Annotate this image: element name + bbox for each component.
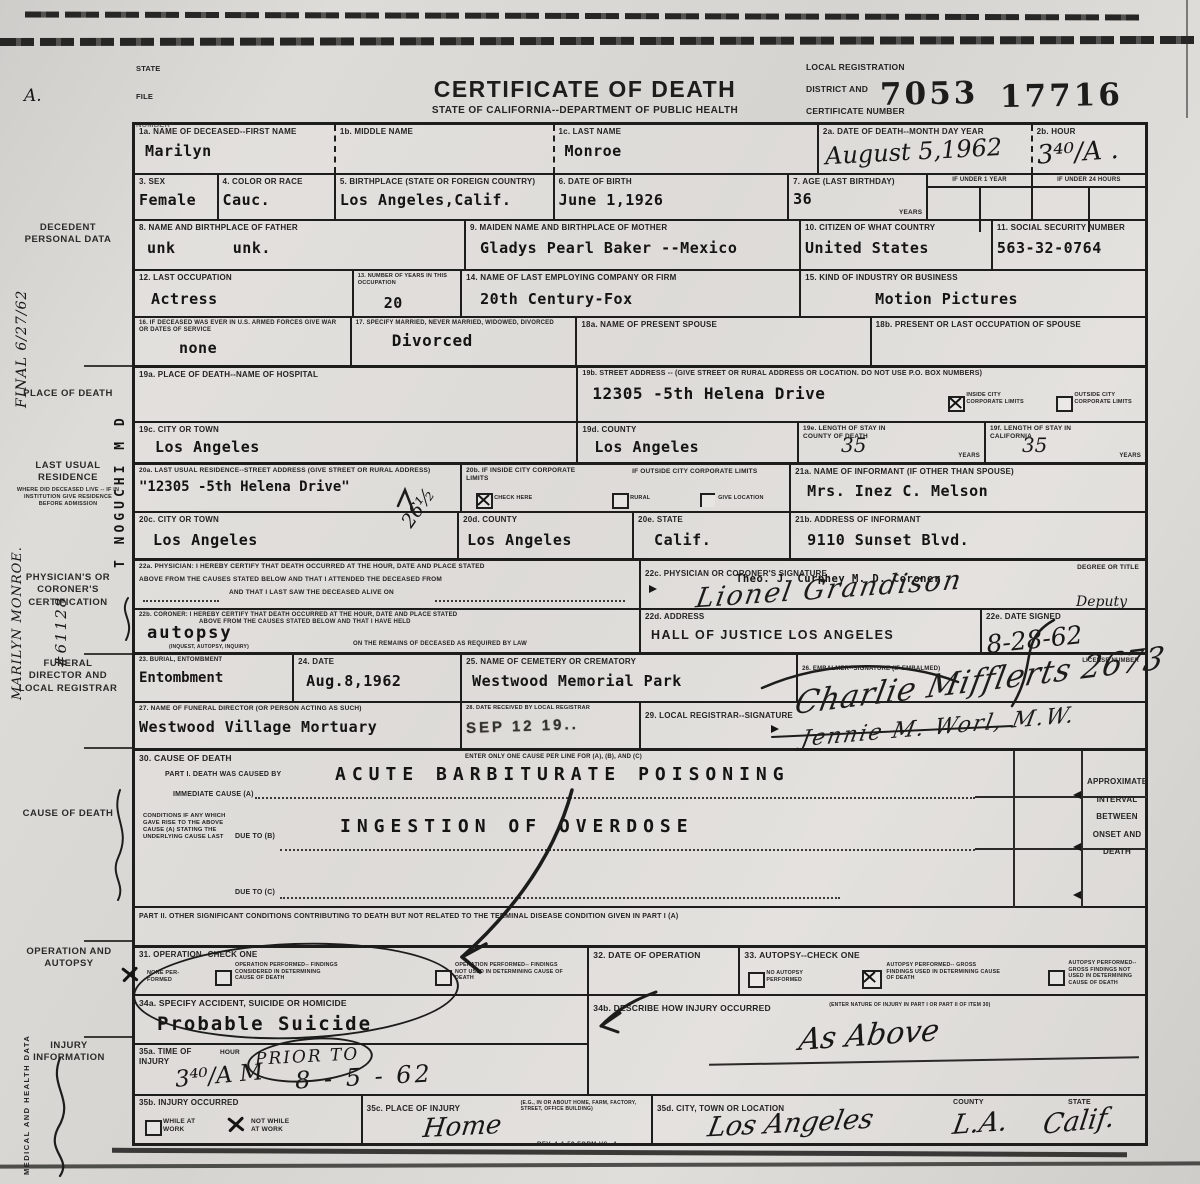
- state-file-label-1: STATE: [136, 64, 160, 73]
- under-24-hours-label: IF UNDER 24 HOURS: [1033, 175, 1145, 186]
- field-death-city: 19c. CITY OR TOWN Los Angeles: [135, 423, 578, 462]
- cause-b-line: [280, 849, 975, 851]
- physician-text-1: 22a. PHYSICIAN: I HEREBY CERTIFY THAT DE…: [139, 563, 635, 571]
- cause-a-value: ACUTE BARBITURATE POISONING: [335, 765, 790, 786]
- scan-streak-bottom-2: [0, 1161, 1200, 1168]
- age-value: 36: [793, 191, 922, 208]
- field-describe-injury: 34b. DESCRIBE HOW INJURY OCCURRED (ENTER…: [589, 996, 1145, 1094]
- row-part2: PART II. OTHER SIGNIFICANT CONDITIONS CO…: [135, 908, 1145, 948]
- district-number: 7053: [880, 75, 979, 113]
- years-occupation-label: 13. NUMBER OF YEARS IN THIS OCCUPATION: [358, 273, 456, 286]
- outside-city-caption: OUTSIDE CITY CORPORATE LIMITS: [1074, 392, 1136, 406]
- field-stay-county: 19e. LENGTH OF STAY IN COUNTY OF DEATH 3…: [799, 423, 986, 462]
- disposition-date-label: 24. DATE: [298, 657, 456, 667]
- inside-city-checkbox: [948, 396, 965, 412]
- residence-county-value: Los Angeles: [467, 532, 628, 549]
- last-name-label: 1c. LAST NAME: [559, 127, 813, 137]
- cause-column-divider-2: [1081, 751, 1083, 908]
- residence-inside-label: 20b. IF INSIDE CITY CORPORATE LIMITS: [466, 467, 586, 483]
- describe-underline: [709, 1056, 1139, 1066]
- field-operation-date: 32. DATE OF OPERATION: [589, 948, 740, 994]
- field-autopsy: 33. AUTOPSY--CHECK ONE NO AUTOPSY PERFOR…: [740, 948, 1145, 994]
- local-registration-label-1: LOCAL REGISTRATION: [806, 62, 905, 72]
- field-injury-place: 35c. PLACE OF INJURY (E.G., IN OR ABOUT …: [363, 1096, 653, 1143]
- field-age: 7. AGE (LAST BIRTHDAY) 36 YEARS: [789, 175, 928, 219]
- date-of-birth-label: 6. DATE OF BIRTH: [559, 177, 784, 187]
- row-coroner-cert: 22b. CORONER: I HEREBY CERTIFY THAT DEAT…: [135, 610, 1145, 655]
- date-received-label: 28. DATE RECEIVED BY LOCAL REGISTRAR: [466, 705, 635, 712]
- describe-note: (ENTER NATURE OF INJURY IN PART I OR PAR…: [829, 1002, 1129, 1008]
- death-city-value: Los Angeles: [155, 439, 572, 456]
- field-sex: 3. SEX Female: [135, 175, 219, 219]
- employer-label: 14. NAME OF LAST EMPLOYING COMPANY OR FI…: [466, 273, 795, 283]
- field-coroner-signature: 22c. PHYSICIAN OR CORONER'S SIGNATURE DE…: [641, 561, 1145, 608]
- death-county-label: 19d. COUNTY: [582, 425, 793, 435]
- cause-c-line: [280, 897, 840, 899]
- row-cause-of-death: 30. CAUSE OF DEATH ENTER ONLY ONE CAUSE …: [135, 751, 1145, 908]
- cause-b-value: INGESTION OF OVERDOSE: [340, 817, 694, 838]
- row-injury-place: 35b. INJURY OCCURRED WHILE AT WORK NOT W…: [135, 1096, 1145, 1143]
- field-father: 8. NAME AND BIRTHPLACE OF FATHER unk unk…: [135, 221, 466, 269]
- residence-rural-caption: RURAL: [630, 495, 650, 502]
- residence-outside-label: IF OUTSIDE CITY CORPORATE LIMITS: [632, 468, 782, 476]
- residence-check-here-caption: CHECK HERE: [494, 495, 532, 502]
- field-last-name: 1c. LAST NAME Monroe: [555, 125, 819, 173]
- injury-place-note: (E.G., IN OR ABOUT HOME, FARM, FACTORY, …: [521, 1100, 641, 1112]
- informant-address-label: 21b. ADDRESS OF INFORMANT: [795, 515, 1141, 525]
- years-occupation-value: 20: [384, 295, 456, 312]
- field-injury-occurred: 35b. INJURY OCCURRED WHILE AT WORK NOT W…: [135, 1096, 363, 1143]
- field-death-county: 19d. COUNTY Los Angeles: [578, 423, 799, 462]
- field-residence-city: 20c. CITY OR TOWN Los Angeles 26½: [135, 513, 459, 558]
- section-label-decedent: DECEDENT PERSONAL DATA: [16, 222, 120, 247]
- field-residence-state: 20e. STATE Calif.: [634, 513, 791, 558]
- residence-location-caption: GIVE LOCATION: [718, 495, 764, 502]
- field-years-occupation: 13. NUMBER OF YEARS IN THIS OCCUPATION 2…: [354, 271, 462, 316]
- disposition-date-value: Aug.8,1962: [306, 673, 456, 690]
- cause-of-death-area: 30. CAUSE OF DEATH ENTER ONLY ONE CAUSE …: [135, 751, 1145, 906]
- section-label-residence-title: LAST USUAL RESIDENCE: [35, 460, 100, 483]
- race-value: Cauc.: [223, 192, 330, 209]
- row-funeral-director: 27. NAME OF FUNERAL DIRECTOR (OR PERSON …: [135, 703, 1145, 751]
- deputy-note: Deputy: [1076, 594, 1127, 610]
- field-coroner-address: 22d. ADDRESS HALL OF JUSTICE LOS ANGELES: [641, 610, 982, 652]
- field-residence-limits: 20b. IF INSIDE CITY CORPORATE LIMITS IF …: [462, 465, 791, 511]
- pointer-icon: [771, 725, 779, 733]
- injury-occurred-label: 35b. INJURY OCCURRED: [139, 1098, 357, 1108]
- degree-label: DEGREE OR TITLE: [1077, 564, 1139, 572]
- hospital-label: 19a. PLACE OF DEATH--NAME OF HOSPITAL: [139, 370, 572, 380]
- father-value: unk unk.: [147, 240, 460, 257]
- section-label-residence-note: WHERE DID DECEASED LIVE -- IF IN INSTITU…: [16, 487, 120, 508]
- residence-city-value: Los Angeles: [153, 532, 453, 549]
- page-subtitle: STATE OF CALIFORNIA--DEPARTMENT OF PUBLI…: [390, 105, 780, 116]
- residence-location-checkbox: [700, 493, 715, 507]
- physician-certification: 22a. PHYSICIAN: I HEREBY CERTIFY THAT DE…: [135, 561, 641, 608]
- industry-value: Motion Pictures: [875, 291, 1141, 308]
- operation-not-used-caption: OPERATION PERFORMED-- FINDINGS NOT USED …: [455, 962, 565, 982]
- field-occupation: 12. LAST OCCUPATION Actress: [135, 271, 354, 316]
- date-of-death-value: August 5,1962: [824, 131, 1027, 170]
- first-name-label: 1a. NAME OF DECEASED--FIRST NAME: [139, 127, 330, 137]
- stay-county-value: 35: [841, 433, 866, 457]
- autopsy-not-used-caption: AUTOPSY PERFORMED-- GROSS FINDINGS NOT U…: [1068, 960, 1143, 986]
- cemetery-value: Westwood Memorial Park: [472, 673, 792, 690]
- margin-scribble: [125, 598, 129, 640]
- field-middle-name: 1b. MIDDLE NAME: [336, 125, 555, 173]
- section-label-injury: INJURY INFORMATION: [24, 1040, 114, 1065]
- page-title: CERTIFICATE OF DEATH: [400, 76, 770, 103]
- cemetery-label: 25. NAME OF CEMETERY OR CREMATORY: [466, 657, 792, 667]
- field-birthplace: 5. BIRTHPLACE (STATE OR FOREIGN COUNTRY)…: [336, 175, 555, 219]
- last-name-value: Monroe: [565, 143, 813, 160]
- interval-note: APPROXIMATE INTERVAL BETWEEN ONSET AND D…: [1087, 773, 1147, 861]
- field-cemetery: 25. NAME OF CEMETERY OR CREMATORY Westwo…: [462, 655, 798, 701]
- field-death-address: 19b. STREET ADDRESS -- (GIVE STREET OR R…: [578, 368, 1145, 421]
- death-address-value: 12305 -5th Helena Drive: [592, 385, 825, 403]
- row-personal: 3. SEX Female 4. COLOR OR RACE Cauc. 5. …: [135, 175, 1145, 221]
- father-label: 8. NAME AND BIRTHPLACE OF FATHER: [139, 223, 460, 233]
- section-label-operation: OPERATION AND AUTOPSY: [24, 946, 114, 971]
- field-under-1-year: IF UNDER 1 YEAR: [928, 175, 1032, 219]
- while-at-work-checkbox: [145, 1120, 162, 1136]
- injury-county-label: COUNTY: [953, 1099, 984, 1107]
- first-name-value: Marilyn: [145, 143, 330, 160]
- industry-label: 15. KIND OF INDUSTRY OR BUSINESS: [805, 273, 1141, 283]
- registrar-label: 29. LOCAL REGISTRAR--SIGNATURE: [645, 711, 793, 721]
- field-date-received: 28. DATE RECEIVED BY LOCAL REGISTRAR SEP…: [462, 703, 641, 748]
- field-race: 4. COLOR OR RACE Cauc.: [219, 175, 336, 219]
- no-autopsy-caption: NO AUTOPSY PERFORMED: [766, 970, 808, 983]
- section-label-cause: CAUSE OF DEATH: [16, 808, 120, 820]
- section-label-physicians: PHYSICIAN'S OR CORONER'S CERTIFICATION: [16, 572, 120, 609]
- field-under-24-hours: IF UNDER 24 HOURS: [1033, 175, 1145, 219]
- residence-state-value: Calif.: [654, 532, 785, 549]
- field-funeral-director: 27. NAME OF FUNERAL DIRECTOR (OR PERSON …: [135, 703, 462, 748]
- local-registration-label-2: DISTRICT AND: [806, 84, 868, 94]
- spouse-occupation-label: 18b. PRESENT OR LAST OCCUPATION OF SPOUS…: [876, 320, 1141, 330]
- cause-a-line: [255, 797, 975, 799]
- row-residence: 20a. LAST USUAL RESIDENCE--STREET ADDRES…: [135, 465, 1145, 513]
- section-label-place-of-death: PLACE OF DEATH: [16, 388, 120, 400]
- scan-streak-top-2: [0, 36, 1200, 46]
- not-while-at-work-caption: NOT WHILE AT WORK: [251, 1118, 295, 1134]
- field-hospital: 19a. PLACE OF DEATH--NAME OF HOSPITAL: [135, 368, 578, 421]
- marital-value: Divorced: [392, 332, 572, 350]
- interval-pointer-icon: [1073, 843, 1081, 851]
- state-file-label-2: FILE: [136, 92, 153, 101]
- birthplace-label: 5. BIRTHPLACE (STATE OR FOREIGN COUNTRY): [340, 177, 549, 187]
- coroner-small-note: (INQUEST, AUTOPSY, INQUIRY): [169, 644, 249, 650]
- ssn-value: 563-32-0764: [997, 240, 1141, 257]
- row-physician-cert: 22a. PHYSICIAN: I HEREBY CERTIFY THAT DE…: [135, 561, 1145, 610]
- coroner-text-1: 22b. CORONER: I HEREBY CERTIFY THAT DEAT…: [139, 612, 635, 619]
- field-spouse-occupation: 18b. PRESENT OR LAST OCCUPATION OF SPOUS…: [872, 318, 1145, 365]
- sidebar-divider: [84, 365, 132, 367]
- residence-rural-checkbox: [612, 493, 629, 509]
- residence-address-value: "12305 -5th Helena Drive": [139, 479, 456, 495]
- occupation-label: 12. LAST OCCUPATION: [139, 273, 348, 283]
- employer-value: 20th Century-Fox: [480, 291, 795, 308]
- informant-label: 21a. NAME OF INFORMANT (IF OTHER THAN SP…: [795, 467, 1141, 477]
- autopsy-not-used-checkbox: [1048, 970, 1065, 986]
- coroner-certification: 22b. CORONER: I HEREBY CERTIFY THAT DEAT…: [135, 610, 641, 652]
- sidebar-divider: [84, 1036, 132, 1038]
- residence-county-label: 20d. COUNTY: [463, 515, 628, 525]
- sidebar-divider: [84, 653, 132, 655]
- row-residence-city: 20c. CITY OR TOWN Los Angeles 26½ 20d. C…: [135, 513, 1145, 561]
- spouse-label: 18a. NAME OF PRESENT SPOUSE: [581, 320, 865, 330]
- due-to-c-label: DUE TO (C): [235, 889, 275, 897]
- death-address-label: 19b. STREET ADDRESS -- (GIVE STREET OR R…: [582, 370, 1141, 378]
- residence-state-label: 20e. STATE: [638, 515, 785, 525]
- date-of-birth-value: June 1,1926: [559, 192, 784, 209]
- not-while-at-work-hand-x: [227, 1116, 245, 1132]
- describe-label: 34b. DESCRIBE HOW INJURY OCCURRED: [593, 1003, 771, 1013]
- field-residence-county: 20d. COUNTY Los Angeles: [459, 513, 634, 558]
- autopsy-label: 33. AUTOPSY--CHECK ONE: [744, 950, 1141, 960]
- armed-forces-label: 16. IF DECEASED WAS EVER IN U.S. ARMED F…: [139, 320, 346, 334]
- while-at-work-caption: WHILE AT WORK: [163, 1118, 199, 1134]
- injury-time-label: 35a. TIME OF INJURY: [139, 1047, 199, 1066]
- physician-blank-line: [143, 600, 219, 602]
- interval-pointer-icon: [1073, 891, 1081, 899]
- residence-inside-checkbox: [476, 493, 493, 509]
- physician-text-2: ABOVE FROM THE CAUSES STATED BELOW AND T…: [139, 576, 635, 584]
- corner-mark: A.: [24, 86, 42, 106]
- marital-label: 17. SPECIFY MARRIED, NEVER MARRIED, WIDO…: [356, 320, 572, 327]
- describe-value: As Above: [797, 1013, 942, 1058]
- field-hour-of-death: 2b. HOUR 3⁴⁰/A .: [1033, 125, 1145, 173]
- funeral-director-label: 27. NAME OF FUNERAL DIRECTOR (OR PERSON …: [139, 705, 456, 713]
- citizen-value: United States: [805, 240, 987, 257]
- row-parents: 8. NAME AND BIRTHPLACE OF FATHER unk unk…: [135, 221, 1145, 271]
- certificate-number: 17716: [1000, 77, 1123, 115]
- field-spouse: 18a. NAME OF PRESENT SPOUSE: [577, 318, 871, 365]
- row-names: 1a. NAME OF DECEASED--FIRST NAME Marilyn…: [135, 125, 1145, 175]
- field-armed-forces: 16. IF DECEASED WAS EVER IN U.S. ARMED F…: [135, 318, 352, 365]
- occupation-value: Actress: [151, 291, 348, 308]
- field-informant: 21a. NAME OF INFORMANT (IF OTHER THAN SP…: [791, 465, 1145, 511]
- field-mother: 9. MAIDEN NAME AND BIRTHPLACE OF MOTHER …: [466, 221, 801, 269]
- injury-county-value: L.A.: [950, 1106, 1010, 1141]
- coroner-text-3: ON THE REMAINS OF DECEASED AS REQUIRED B…: [353, 641, 527, 648]
- outside-city-checkbox: [1056, 396, 1073, 412]
- field-embalmer: 26. EMBALMER--SIGNATURE (IF EMBALMED) LI…: [798, 655, 1145, 701]
- death-city-label: 19c. CITY OR TOWN: [139, 425, 572, 435]
- field-citizen: 10. CITIZEN OF WHAT COUNTRY United State…: [801, 221, 993, 269]
- sidebar-divider: [84, 747, 132, 749]
- stay-state-value: 35: [1022, 433, 1047, 457]
- scan-streak-bottom-1: [112, 1148, 1127, 1157]
- disposition-label: 23. BURIAL, ENTOMBMENT: [139, 657, 288, 664]
- physician-blank-line: [435, 600, 625, 602]
- row-place-of-death: 19a. PLACE OF DEATH--NAME OF HOSPITAL 19…: [135, 368, 1145, 423]
- mother-label: 9. MAIDEN NAME AND BIRTHPLACE OF MOTHER: [470, 223, 795, 233]
- coroner-text-2: ABOVE FROM THE CAUSES STATED BELOW AND T…: [199, 619, 635, 626]
- field-ssn: 11. SOCIAL SECURITY NUMBER 563-32-0764: [993, 221, 1145, 269]
- date-received-stamp: SEP 12 19..: [466, 716, 579, 737]
- field-injury-city: 35d. CITY, TOWN OR LOCATION COUNTY STATE…: [653, 1096, 1145, 1143]
- death-certificate-scan: A. STATE FILE NUMBER CERTIFICATE OF DEAT…: [0, 0, 1200, 1184]
- age-label: 7. AGE (LAST BIRTHDAY): [793, 177, 922, 187]
- informant-value: Mrs. Inez C. Melson: [807, 483, 1141, 500]
- scan-streak-top-1: [25, 12, 1140, 21]
- field-marital: 17. SPECIFY MARRIED, NEVER MARRIED, WIDO…: [352, 318, 578, 365]
- row-death-city: 19c. CITY OR TOWN Los Angeles 19d. COUNT…: [135, 423, 1145, 465]
- birthplace-value: Los Angeles,Calif.: [340, 192, 549, 209]
- autopsy-performed-checkbox: [862, 970, 882, 989]
- coroner-address-label: 22d. ADDRESS: [645, 612, 976, 622]
- sex-label: 3. SEX: [139, 177, 213, 187]
- field-employer: 14. NAME OF LAST EMPLOYING COMPANY OR FI…: [462, 271, 801, 316]
- section-label-residence: LAST USUAL RESIDENCE WHERE DID DECEASED …: [16, 460, 120, 508]
- no-autopsy-checkbox: [748, 972, 765, 988]
- autopsy-performed-caption: AUTOPSY PERFORMED-- GROSS FINDINGS USED …: [886, 962, 1001, 982]
- stay-state-unit: YEARS: [1119, 453, 1141, 460]
- row-marital: 16. IF DECEASED WAS EVER IN U.S. ARMED F…: [135, 318, 1145, 368]
- section-label-funeral: FUNERAL DIRECTOR AND LOCAL REGISTRAR: [16, 658, 120, 695]
- coroner-inserted-value: autopsy: [147, 624, 233, 644]
- stay-county-unit: YEARS: [958, 453, 980, 460]
- part2-label: PART II. OTHER SIGNIFICANT CONDITIONS CO…: [139, 913, 1141, 921]
- armed-forces-value: none: [179, 340, 346, 357]
- injury-place-value: Home: [421, 1110, 503, 1144]
- pointer-icon: [649, 585, 657, 593]
- hour-value: 3⁴⁰/A .: [1036, 133, 1142, 170]
- interval-pointer-icon: [1073, 791, 1081, 799]
- margin-scribble: [116, 790, 123, 900]
- inside-city-caption: INSIDE CITY CORPORATE LIMITS: [966, 392, 1026, 406]
- coroner-address-value: HALL OF JUSTICE LOS ANGELES: [651, 628, 976, 642]
- field-date-of-death: 2a. DATE OF DEATH--MONTH DAY YEAR August…: [819, 125, 1033, 173]
- row-occupation: 12. LAST OCCUPATION Actress 13. NUMBER O…: [135, 271, 1145, 318]
- under-1-year-label: IF UNDER 1 YEAR: [928, 175, 1030, 186]
- field-stay-state: 19f. LENGTH OF STAY IN CALIFORNIA 35 YEA…: [986, 423, 1145, 462]
- injury-state-value: Calif.: [1041, 1102, 1117, 1141]
- part2-area: PART II. OTHER SIGNIFICANT CONDITIONS CO…: [135, 908, 1145, 945]
- sidebar-divider: [84, 940, 132, 942]
- scan-edge-line-right: [1186, 0, 1188, 118]
- citizen-label: 10. CITIZEN OF WHAT COUNTRY: [805, 223, 987, 233]
- death-county-value: Los Angeles: [594, 439, 793, 456]
- residence-address-label: 20a. LAST USUAL RESIDENCE--STREET ADDRES…: [139, 467, 456, 475]
- field-disposition: 23. BURIAL, ENTOMBMENT Entombment: [135, 655, 294, 701]
- margin-scribble: [55, 1058, 64, 1176]
- part1-label: PART I. DEATH WAS CAUSED BY: [165, 771, 285, 779]
- field-first-name: 1a. NAME OF DECEASED--FIRST NAME Marilyn: [135, 125, 336, 173]
- physician-text-3: AND THAT I LAST SAW THE DECEASED ALIVE O…: [229, 589, 635, 597]
- row-disposition: 23. BURIAL, ENTOMBMENT Entombment 24. DA…: [135, 655, 1145, 703]
- operation-date-label: 32. DATE OF OPERATION: [593, 950, 734, 960]
- field-informant-address: 21b. ADDRESS OF INFORMANT 9110 Sunset Bl…: [791, 513, 1145, 558]
- due-to-b-label: DUE TO (B): [235, 833, 275, 841]
- disposition-value: Entombment: [139, 670, 288, 686]
- race-label: 4. COLOR OR RACE: [223, 177, 330, 187]
- cause-enter-note: ENTER ONLY ONE CAUSE PER LINE FOR (A), (…: [465, 754, 642, 761]
- field-industry: 15. KIND OF INDUSTRY OR BUSINESS Motion …: [801, 271, 1145, 316]
- operation-none-hand-x: [121, 966, 139, 982]
- mother-value: Gladys Pearl Baker --Mexico: [480, 240, 795, 257]
- form-footer: REV. 1-1-59 FORM VS--4: [537, 1142, 617, 1149]
- ssn-label: 11. SOCIAL SECURITY NUMBER: [997, 223, 1141, 233]
- sex-value: Female: [139, 192, 213, 209]
- injury-hour-label: HOUR: [220, 1049, 240, 1057]
- middle-name-label: 1b. MIDDLE NAME: [340, 127, 549, 137]
- informant-address-value: 9110 Sunset Blvd.: [807, 532, 1141, 549]
- age-unit: YEARS: [899, 209, 922, 217]
- conditions-note: CONDITIONS IF ANY WHICH GAVE RISE TO THE…: [143, 813, 229, 841]
- immediate-cause-label: IMMEDIATE CAUSE (A): [173, 791, 254, 799]
- field-disposition-date: 24. DATE Aug.8,1962: [294, 655, 462, 701]
- cause-column-divider-1: [1013, 751, 1015, 908]
- field-date-of-birth: 6. DATE OF BIRTH June 1,1926: [555, 175, 790, 219]
- funeral-director-value: Westwood Village Mortuary: [139, 719, 456, 736]
